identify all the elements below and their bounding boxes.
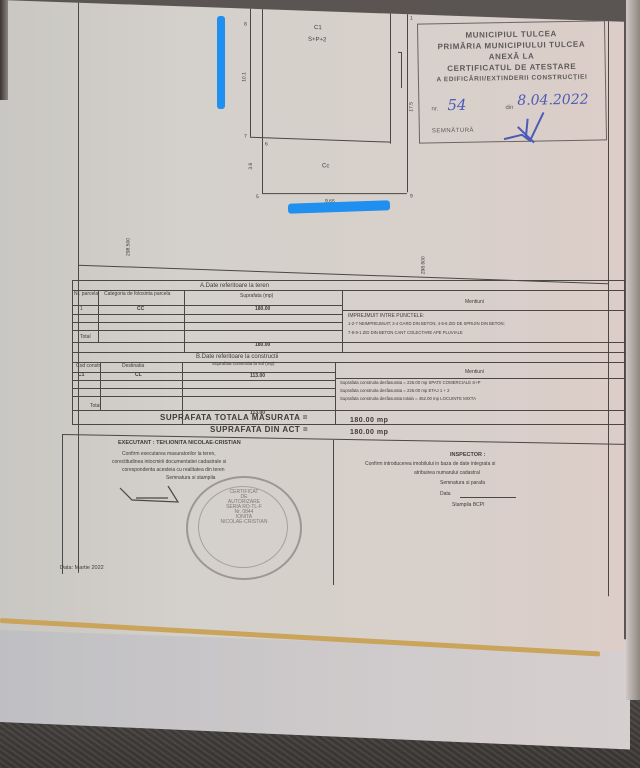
dim-bottom-side: 3.6 [249,163,254,170]
total-label: Total [80,335,91,340]
signature-scribble-icon [499,108,550,149]
dim-left: 10.1 [242,72,247,82]
header-cod: Cod constr. [76,364,101,369]
mentiuni-line: Suprafata construita desfasurata = 226.0… [340,381,481,385]
binder-clip [0,0,8,100]
header-categorie: Categoria de folosinta parcela [104,292,170,297]
area-act-value: 180.00 mp [350,429,388,436]
left-border [78,3,79,573]
executant-line: corectitudinea intocmirii documentatiei … [112,460,226,465]
executant-title: EXECUTANT : TEH.IONITA NICOLAE-CRISTIAN [118,441,241,447]
site-plan: C1 S+P+2 Cc 10.1 17.5 3.6 9.65 8 7 6 5 9… [0,0,624,22]
cell-suprafata-constr: 113.00 [250,374,265,379]
date-value: 8.04.2022 [517,92,589,109]
header-destinatie: Destinatia [122,364,144,369]
executant-date: Data: Martie 2022 [60,566,104,572]
page-edge-shadow [626,0,640,700]
header-suprafata: Suprafata (mp) [240,294,273,299]
mentiuni-line: 7-8-9-1 ZID DIN BETON CANT COLECTARE APE… [348,331,463,335]
primaria-stamp: MUNICIPIUL TULCEA PRIMĂRIA MUNICIPIULUI … [417,20,607,143]
mentiuni-line: IMPREJMUIT INTRE PUNCTELE: [348,314,424,319]
inspector-line: Stampila BCPI [452,503,485,508]
cell-parcela: 1 [80,307,83,312]
seal-text: CERTIFICAT DE AUTORIZARE SERIA RO-TL-F N… [196,490,292,525]
executant-line: corespondenta acesteia cu realitatea din… [122,468,225,473]
point-label: 9 [410,194,413,199]
header-mentiuni: Mentiuni [465,370,484,375]
total-measured-label: SUPRAFATA TOTALA MASURATA = [160,414,308,422]
header-mentiuni: Mentiuni [465,300,484,305]
total-value: 180.00 [255,343,270,348]
inspector-line: atribuirea numarului cadastral [414,471,480,476]
total-measured-value: 180.00 mp [350,417,388,424]
inspector-line: Confirm introducerea imobilului in baza … [365,462,495,467]
nr-label: nr. [431,106,438,112]
total-label: Total [90,404,101,409]
stamp-line: A EDIFICĂRII/EXTINDERII CONSTRUCȚIEI [419,71,605,85]
mentiuni-line: Suprafata construita desfasurata = 226.0… [340,389,450,393]
redaction-mark [217,16,225,109]
building-height: S+P+2 [308,37,326,44]
cell-categorie: CC [137,307,144,312]
cell-suprafata: 180.00 [255,307,270,312]
point-label: 8 [244,23,247,28]
header-suprafata-constr: Suprafata construita la sol (mp) [212,362,275,367]
nr-value: 54 [447,96,466,114]
cell-cod: C1 [78,373,84,378]
dim-right: 17.5 [409,102,414,112]
inspector-line: Semnatura si parafa [440,481,485,486]
construction-section-title: B.Date referitoare la constructii [196,354,278,360]
inspector-title: INSPECTOR : [450,453,485,459]
yard-label: Cc [322,163,329,169]
point-label: 7 [244,135,247,140]
signature-label: SEMNĂTURĂ [432,128,474,135]
building-label: C1 [314,25,322,31]
land-section-title: A.Date referitoare la teren [200,283,269,289]
area-act-label: SUPRAFATA DIN ACT = [210,426,308,434]
mentiuni-line: Suprafata construita desfasurata totala … [340,397,476,401]
header-parcela: Nr. parcela [74,292,98,297]
mentiuni-line: 1-2-7 NEIMPREJMUIT; 2-4 GARD DIN BETON; … [348,322,505,326]
coord-right: 298.600 [422,256,427,274]
coord-left: 298.500 [127,238,132,256]
point-label: 5 [256,195,259,200]
point-label: 6 [265,142,268,147]
cell-destinatie: CL [135,373,142,378]
right-border [608,21,609,596]
point-label: 1 [410,16,413,21]
executant-signature-icon [118,480,188,510]
executant-line: Confirm executarea masuratorilor la tere… [122,452,216,457]
inspector-line: Data [440,492,451,497]
